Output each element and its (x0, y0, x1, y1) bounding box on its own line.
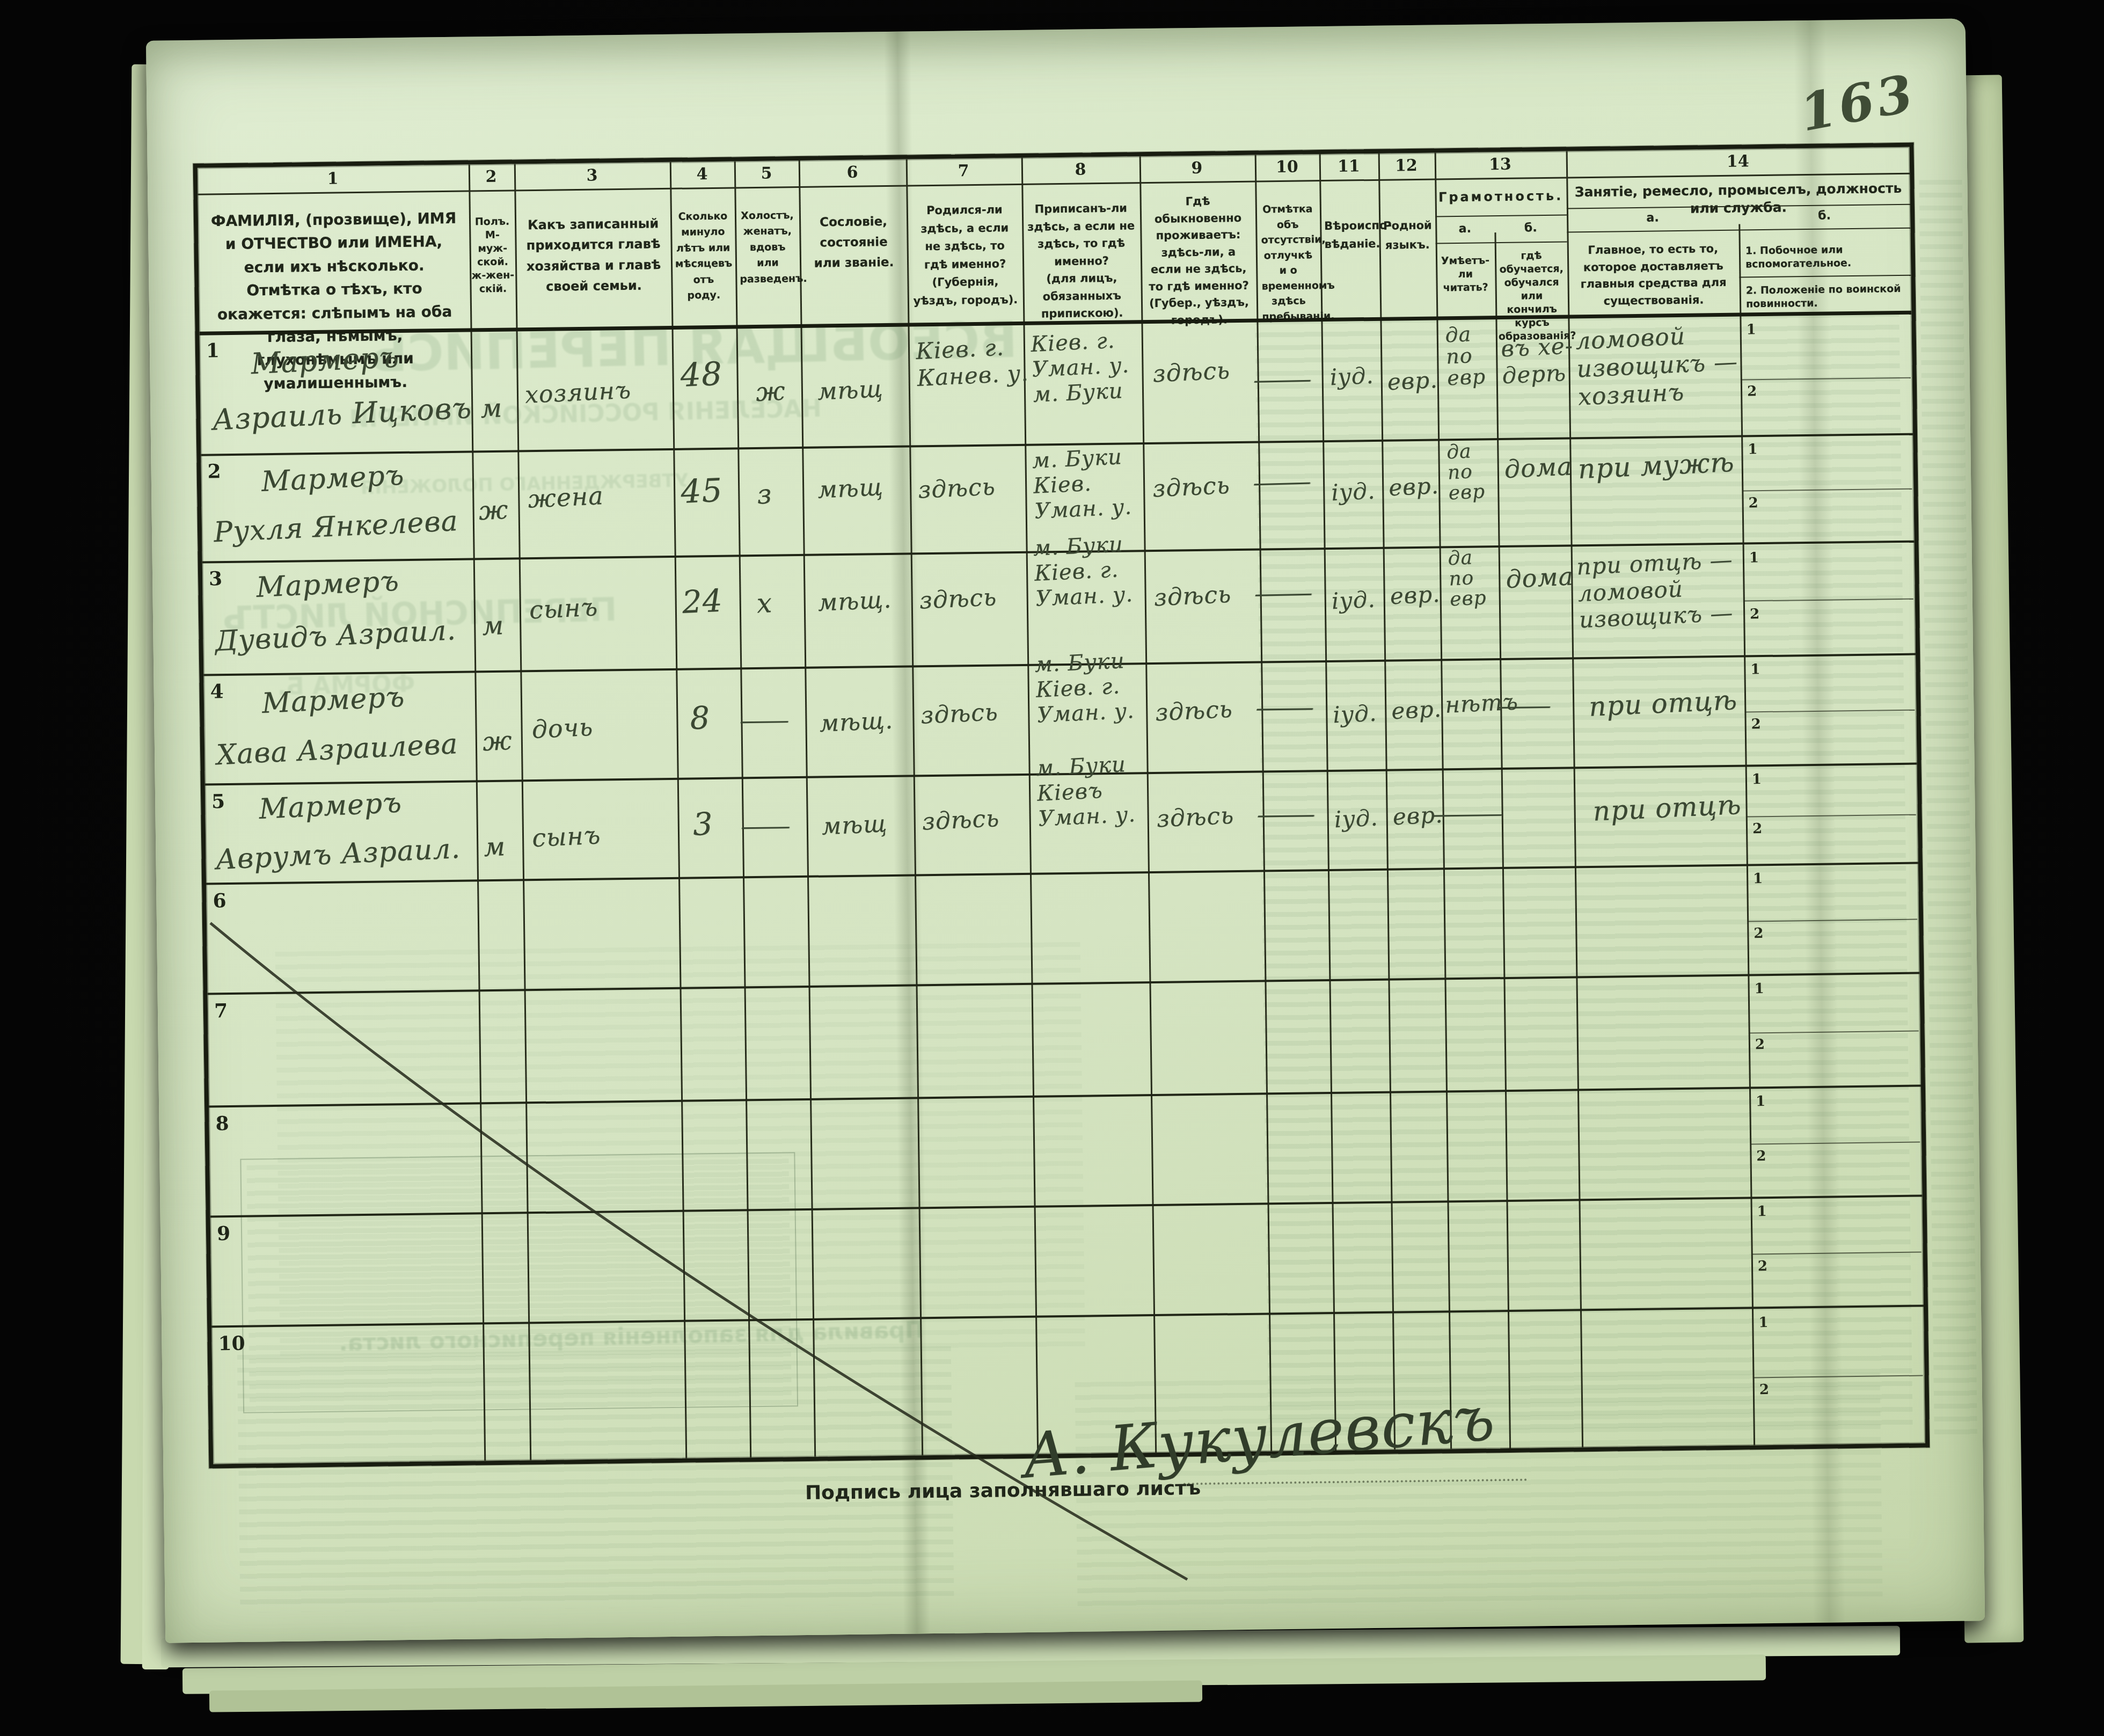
header-estate: Сословіе, состояніе или званіе. (806, 212, 902, 274)
entry-estate: мѣщ. (819, 707, 894, 738)
table-row: 5 Мармеръ Аврумъ Азраил. м сынъ 3 — мѣщ … (205, 765, 1918, 885)
subcell-marker-2: 2 (1758, 1258, 1767, 1274)
subcell-marker-2: 2 (1752, 821, 1762, 837)
column-number: 7 (958, 162, 969, 180)
entry-literacy-read: да по евр (1446, 441, 1486, 503)
subcell-marker-1: 1 (1756, 1093, 1765, 1110)
header-religion: Вѣроиспо-вѣданіе. (1324, 217, 1375, 253)
entry-registration: м. Буки Кіевъ Уман. у. (1035, 752, 1136, 832)
entry-literacy-school: — (1495, 692, 1554, 720)
row-number: 4 (210, 680, 224, 703)
entry-language: евр. (1391, 696, 1442, 725)
header-occupation-b2: 2. Положеніе по воинской повинности. (1746, 282, 1905, 311)
header-age: Сколько минуло лѣтъ или мѣсяцевъ отъ род… (675, 209, 732, 304)
entry-sex: м (483, 831, 506, 863)
column-number: 4 (696, 165, 707, 184)
entry-literacy-school: дома (1505, 561, 1574, 594)
entry-marital: — (738, 706, 792, 735)
row-number: 2 (207, 460, 221, 483)
column-number: 14 (1727, 152, 1749, 171)
entry-relation: жена (527, 481, 604, 514)
entry-sex: м (480, 393, 503, 424)
column-number: 5 (761, 164, 772, 183)
row-number: 8 (215, 1112, 229, 1135)
entry-literacy-school: въ хе- дерѣ (1500, 332, 1575, 389)
entry-estate: мѣщ. (817, 586, 893, 617)
entry-surname: Мармеръ (255, 565, 400, 605)
row-number: 1 (206, 339, 220, 362)
entry-residence: здѣсь (1155, 696, 1233, 727)
row-number: 10 (218, 1332, 245, 1355)
entry-relation: сынъ (531, 820, 602, 852)
subcell-marker-1: 1 (1758, 1315, 1768, 1331)
entry-given-name: Азраиль Ицковъ (211, 391, 472, 437)
header-occupation-a-label: а. (1567, 209, 1738, 227)
column-number: 12 (1395, 156, 1418, 176)
entry-sex: м (481, 610, 505, 641)
entry-language: евр. (1387, 367, 1438, 396)
header-absence: Отмѣтка объ отсутствіи, отлучкѣ и о врем… (1261, 201, 1316, 324)
column-number: 2 (485, 167, 496, 186)
header-registered-here: Приписанъ-ли здѣсь, а если не здѣсь, то … (1027, 199, 1136, 323)
entry-occupation: при отцѣ — ломовой извощикъ — (1576, 546, 1736, 633)
entry-given-name: Аврумъ Азраил. (215, 833, 461, 877)
table-row-empty: 6 1 2 (206, 865, 1919, 995)
row-number: 5 (211, 790, 225, 813)
column-number: 9 (1191, 159, 1202, 178)
column-number: 1 (327, 169, 338, 188)
entry-surname: Мармеръ (250, 340, 400, 381)
table-row-empty: 9 1 2 (210, 1198, 1924, 1328)
subcell-marker-1: 1 (1757, 1203, 1767, 1220)
entry-marital: ж (755, 376, 786, 407)
entry-age: 8 (689, 699, 711, 736)
entry-given-name: Дувидъ Азраил. (214, 614, 457, 658)
entry-absence: — (1251, 366, 1315, 395)
entry-sex: ж (482, 726, 513, 757)
entry-absence: — (1254, 694, 1317, 722)
entry-age: 48 (680, 355, 724, 395)
entry-religion: іуд. (1334, 804, 1379, 833)
entry-birthplace: здѣсь (919, 583, 998, 615)
entry-given-name: Хава Азраилева (216, 728, 459, 772)
subcell-marker-1: 1 (1752, 771, 1762, 787)
entry-age: 24 (681, 582, 724, 621)
entry-absence: — (1250, 468, 1315, 498)
entry-residence: здѣсь (1156, 802, 1235, 834)
column-number: 6 (846, 163, 858, 182)
column-number: 13 (1489, 155, 1511, 174)
entry-religion: іуд. (1329, 362, 1375, 391)
table-row-empty: 7 1 2 (208, 975, 1921, 1108)
entry-language: евр. (1388, 472, 1440, 501)
entry-literacy-read: — (1429, 800, 1507, 829)
subcell-marker-1: 1 (1749, 550, 1759, 566)
header-residence: Гдѣ обыкновенно проживаетъ: здѣсь-ли, а … (1145, 193, 1252, 329)
subcell-marker-1: 1 (1747, 322, 1756, 338)
entry-registration: Кіев. г. Уман. у. м. Буки (1030, 327, 1131, 408)
entry-sex: ж (478, 495, 509, 527)
entry-birthplace: здѣсь (922, 805, 1000, 836)
entry-marital: х (756, 587, 773, 619)
header-relation: Какъ записанный приходится главѣ хозяйст… (521, 213, 666, 297)
entry-estate: мѣщ (817, 473, 884, 505)
entry-occupation: при отцѣ (1588, 684, 1738, 723)
entry-occupation: при отцѣ (1592, 789, 1742, 828)
entry-religion: іуд. (1331, 586, 1376, 615)
subcell-marker-1: 1 (1755, 981, 1764, 997)
table-row: 1 Мармеръ Азраиль Ицковъ м хозяинъ 48 ж … (200, 315, 1913, 456)
header-occupation-b-label: б. (1738, 207, 1910, 225)
census-sheet: ВСЕОБЩАЯ ПЕРЕПИСЬ НАСЕЛЕНІЯ РОССІЙСКОЙ И… (146, 18, 1985, 1643)
header-born-here: Родился-ли здѣсь, а если не здѣсь, то гд… (912, 201, 1018, 310)
entry-registration: м. Буки Кіев. г. Уман. у. (1033, 531, 1134, 612)
subcell-marker-2: 2 (1750, 606, 1759, 622)
entry-literacy-school: дома (1504, 451, 1573, 484)
table-row-empty: 8 1 2 (209, 1088, 1922, 1218)
entry-residence: здѣсь (1152, 472, 1231, 504)
entry-birthplace: здѣсь (920, 698, 999, 730)
entry-marital: — (740, 812, 793, 841)
subcell-marker-2: 2 (1759, 1382, 1769, 1398)
header-occupation-b1: 1. Побочное или вспомогательное. (1745, 243, 1905, 272)
header-literacy: Грамотность. (1435, 188, 1566, 207)
entry-religion: іуд. (1331, 478, 1376, 506)
entry-residence: здѣсь (1152, 357, 1231, 389)
row-number: 6 (213, 889, 227, 912)
entry-language: евр. (1390, 581, 1441, 610)
row-number: 9 (217, 1222, 231, 1245)
row-number: 3 (209, 567, 223, 590)
entry-literacy-read: да по евр (1448, 547, 1487, 609)
entry-age: 3 (692, 805, 714, 843)
header-marital: Холостъ, женатъ, вдовъ или разведенъ. (739, 208, 797, 287)
header-sex: Полъ. М-муж- ской. ж-жен- скій. (471, 215, 515, 296)
subcell-marker-1: 1 (1750, 661, 1760, 677)
entry-estate: мѣщ (821, 810, 888, 841)
entry-relation: сынъ (529, 592, 599, 624)
entry-estate: мѣщ (817, 375, 884, 406)
column-number: 11 (1338, 157, 1360, 176)
entry-absence: — (1255, 800, 1318, 829)
bleedthrough-texture-margin (1919, 180, 1977, 1442)
entry-occupation: ломовой извощикъ — хозяинъ (1575, 320, 1740, 411)
entry-residence: здѣсь (1153, 581, 1232, 612)
header-literacy-b-label: б. (1494, 220, 1567, 237)
row-number: 7 (214, 1000, 228, 1022)
header-literacy-a-label: а. (1435, 221, 1494, 237)
entry-registration: м. Буки Кіев. Уман. у. (1032, 444, 1133, 524)
entry-relation: дочь (531, 712, 594, 745)
entry-marital: з (756, 478, 773, 510)
subcell-marker-2: 2 (1747, 383, 1757, 399)
entry-literacy-read: да по евр (1444, 323, 1486, 389)
subcell-marker-2: 2 (1748, 495, 1758, 511)
occupation-b-rule (1739, 275, 1911, 278)
column-number: 8 (1075, 160, 1086, 179)
header-literacy-a: Умѣетъ-ли читать? (1438, 254, 1493, 295)
entry-registration: м. Буки Кіев. г. Уман. у. (1034, 648, 1135, 728)
header-occupation-a: Главное, то есть то, которое доставляетъ… (1574, 240, 1734, 310)
subcell-marker-2: 2 (1755, 1037, 1765, 1053)
header-language: Родной языкъ. (1383, 216, 1431, 255)
census-scan-scene: ВСЕОБЩАЯ ПЕРЕПИСЬ НАСЕЛЕНІЯ РОССІЙСКОЙ И… (0, 0, 2104, 1736)
census-table: 1 2 3 4 5 6 7 8 9 10 11 12 13 14 ФАМИЛІЯ… (193, 143, 1930, 1469)
entry-birthplace: здѣсь (917, 473, 996, 505)
subcell-marker-2: 2 (1754, 925, 1763, 942)
entry-religion: іуд. (1332, 699, 1377, 728)
literacy-sub-rule (1436, 241, 1567, 244)
entry-absence: — (1252, 579, 1316, 608)
entry-surname: Мармеръ (261, 459, 405, 499)
entry-surname: Мармеръ (258, 786, 403, 826)
literacy-rule (1435, 215, 1567, 217)
entry-given-name: Рухля Янкелева (213, 505, 459, 550)
entry-surname: Мармеръ (261, 681, 406, 720)
column-number: 10 (1276, 158, 1298, 177)
subcell-marker-2: 2 (1756, 1148, 1766, 1164)
entry-occupation: при мужѣ (1577, 447, 1735, 486)
subcell-marker-2: 2 (1751, 716, 1760, 732)
entry-birthplace: Кіев. г. Канев. у. (915, 333, 1029, 391)
entry-age: 45 (680, 471, 724, 511)
subcell-marker-1: 1 (1748, 441, 1757, 457)
column-number: 3 (586, 166, 597, 185)
entry-relation: хозяинъ (524, 376, 632, 409)
subcell-marker-1: 1 (1753, 871, 1763, 887)
